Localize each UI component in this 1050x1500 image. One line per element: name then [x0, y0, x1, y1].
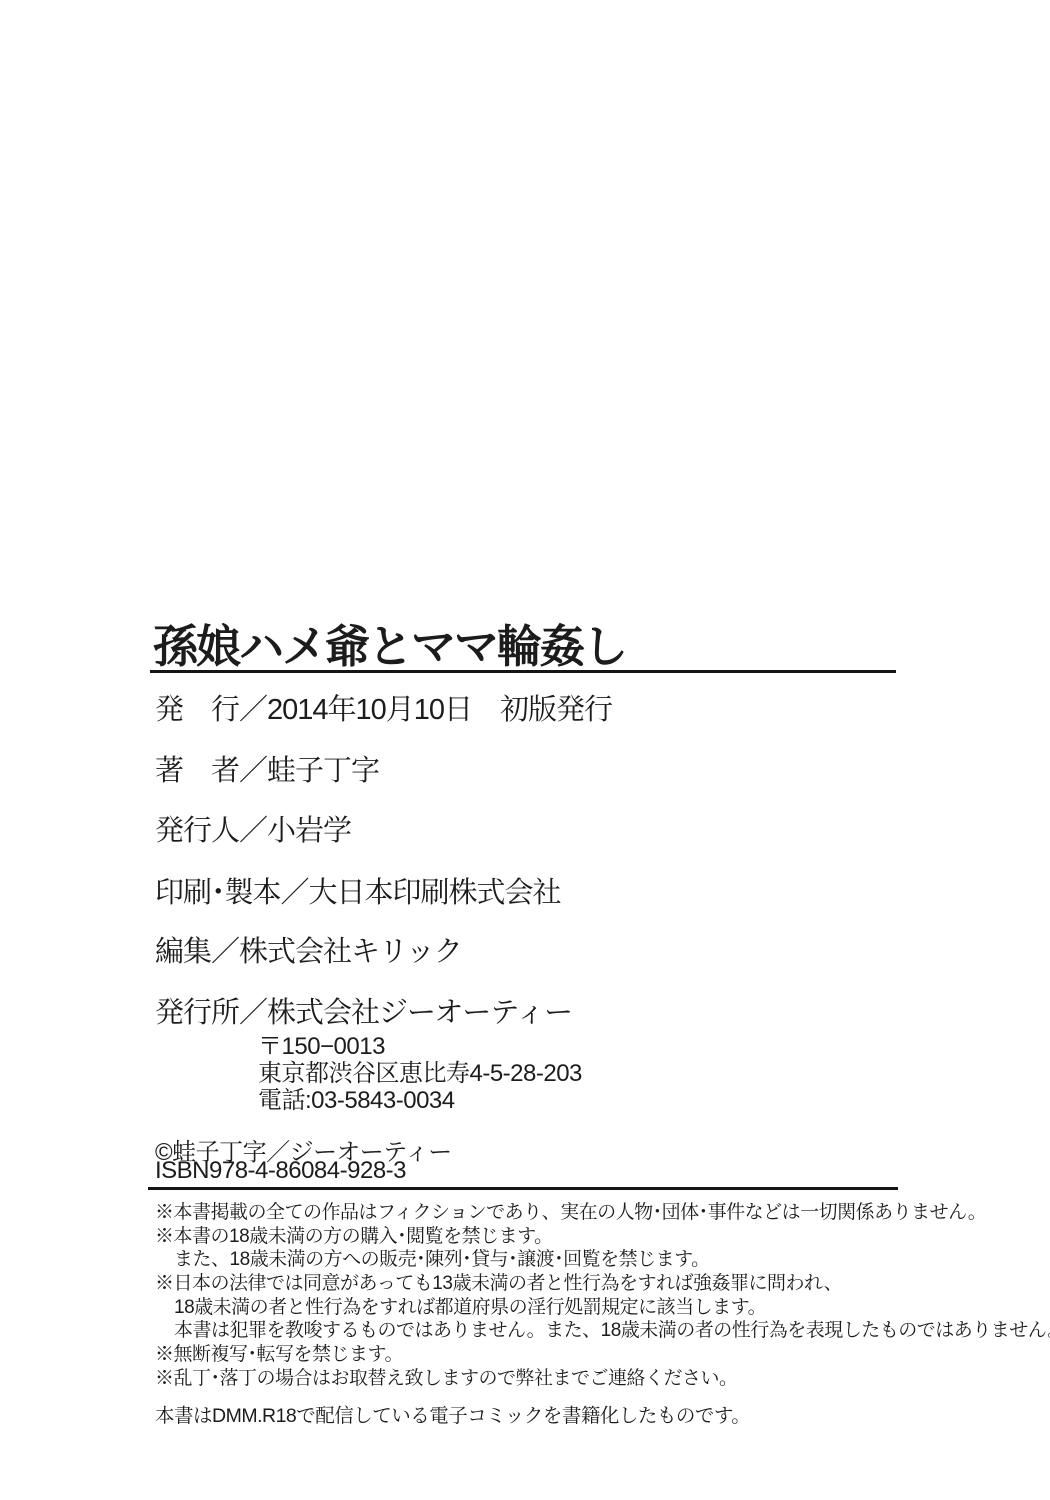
publication-date-line: 発 行／2014年10月10日 初版発行 — [155, 687, 612, 728]
notice-no-crime-incitement: 本書は犯罪を教唆するものではありません。また、18歳未満の者の性行為を表現したも… — [155, 1319, 1050, 1343]
isbn-divider-rule — [148, 1187, 898, 1190]
notice-law-under18: 18歳未満の者と性行為をすれば都道府県の淫行処罰規定に該当します。 — [155, 1296, 1050, 1320]
page-title: 孫娘ハメ爺とママ輪姦し — [153, 610, 626, 675]
digital-comic-note: 本書はDMM.R18で配信している電子コミックを書籍化したものです。 — [155, 1400, 750, 1428]
printing-binding-line: 印刷･製本／大日本印刷株式会社 — [155, 870, 561, 911]
legal-notices: ※本書掲載の全ての作品はフィクションであり、実在の人物･団体･事件などは一切関係… — [155, 1201, 1050, 1391]
isbn-line: ISBN978-4-86084-928-3 — [155, 1157, 406, 1185]
notice-under18-purchase-ban: ※本書の18歳未満の方の購入･閲覧を禁じます。 — [155, 1225, 1050, 1249]
notice-fiction-disclaimer: ※本書掲載の全ての作品はフィクションであり、実在の人物･団体･事件などは一切関係… — [155, 1201, 1050, 1225]
title-divider-rule — [150, 670, 896, 673]
notice-under18-distribution-ban: また、18歳未満の方への販売･陳列･貸与･譲渡･回覧を禁じます。 — [155, 1248, 1050, 1272]
phone-number: 電話:03-5843-0034 — [258, 1080, 455, 1115]
publishing-company-line: 発行所／株式会社ジーオーティー — [155, 990, 572, 1031]
notice-defective-copy-exchange: ※乱丁･落丁の場合はお取替え致しますので弊社までご連絡ください。 — [155, 1367, 1050, 1391]
notice-no-reproduction: ※無断複写･転写を禁じます。 — [155, 1343, 1050, 1367]
editor-line: 編集／株式会社キリック — [155, 929, 462, 970]
colophon-page: 孫娘ハメ爺とママ輪姦し 発 行／2014年10月10日 初版発行 著 者／蛙子丁… — [0, 0, 1050, 1500]
author-line: 著 者／蛙子丁字 — [155, 748, 379, 789]
notice-law-under13: ※日本の法律では同意があっても13歳未満の者と性行為をすれば強姦罪に問われ、 — [155, 1272, 1050, 1296]
publisher-person-line: 発行人／小岩学 — [155, 808, 351, 849]
